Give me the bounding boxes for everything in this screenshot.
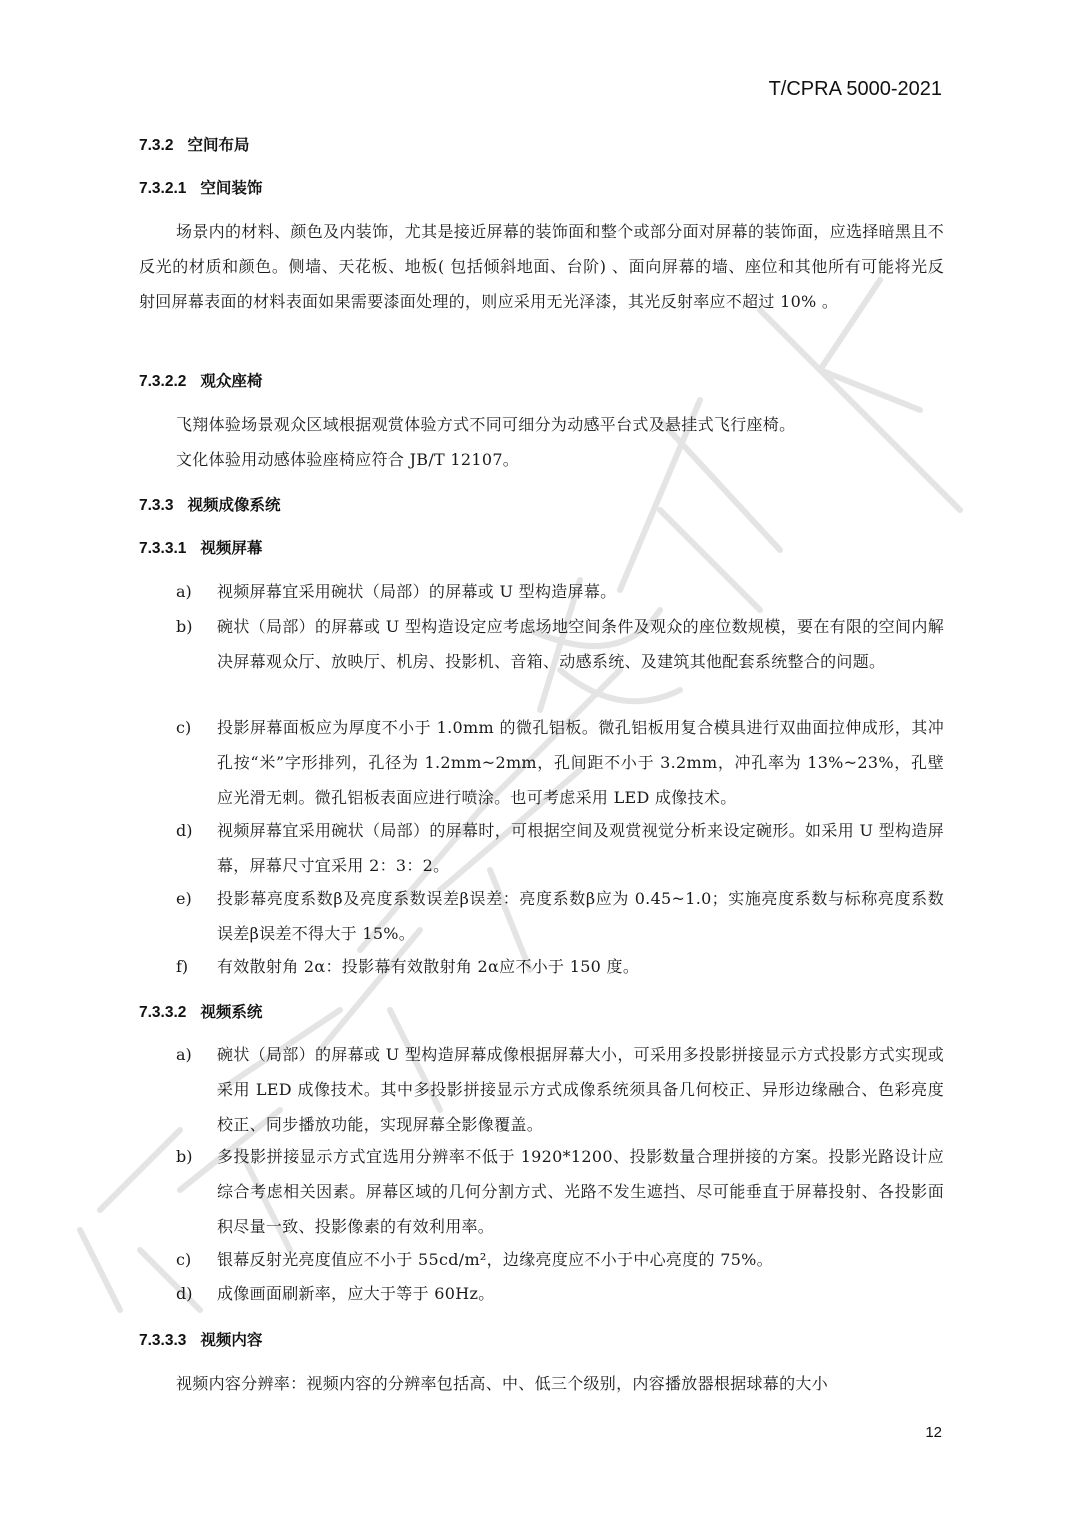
list-marker: c) (176, 710, 206, 745)
paragraph-seats-2: 文化体验用动感体验座椅应符合 JB/T 12107。 (139, 442, 944, 477)
list-item-text: 银幕反射光亮度值应不小于 55cd/m²，边缘亮度应不小于中心亮度的 75%。 (217, 1242, 944, 1277)
list-item: c) 银幕反射光亮度值应不小于 55cd/m²，边缘亮度应不小于中心亮度的 75… (176, 1242, 944, 1277)
heading-7-3-2: 7.3.2空间布局 (139, 133, 250, 155)
list-item-text: 视频屏幕宜采用碗状（局部）的屏幕时，可根据空间及观赏视觉分析来设定碗形。如采用 … (217, 813, 944, 883)
list-item-text: 多投影拼接显示方式宜选用分辨率不低于 1920*1200、投影数量合理拼接的方案… (217, 1139, 944, 1244)
heading-number: 7.3.2 (139, 137, 173, 155)
list-marker: d) (176, 1276, 206, 1311)
heading-title: 观众座椅 (200, 372, 262, 390)
standard-code: T/CPRA 5000-2021 (769, 78, 942, 101)
list-marker: b) (176, 609, 206, 644)
heading-7-3-3-1: 7.3.3.1视频屏幕 (139, 536, 262, 558)
heading-7-3-2-2: 7.3.2.2观众座椅 (139, 369, 262, 391)
document-page: T/CPRA 5000-2021 7.3.2空间布局 7.3.2.1空间装饰 场… (0, 0, 1080, 1528)
list-marker: d) (176, 813, 206, 848)
list-item: f) 有效散射角 2α：投影幕有效散射角 2α应不小于 150 度。 (176, 949, 944, 984)
list-marker: c) (176, 1242, 206, 1277)
list-item-text: 有效散射角 2α：投影幕有效散射角 2α应不小于 150 度。 (217, 949, 944, 984)
heading-title: 视频系统 (200, 1003, 262, 1021)
list-item-text: 投影幕亮度系数β及亮度系数误差β误差：亮度系数β应为 0.45~1.0；实施亮度… (217, 881, 944, 951)
paragraph-seats-1: 飞翔体验场景观众区域根据观赏体验方式不同可细分为动感平台式及悬挂式飞行座椅。 (139, 407, 944, 442)
heading-number: 7.3.2.2 (139, 373, 186, 391)
paragraph-video-content: 视频内容分辨率：视频内容的分辨率包括高、中、低三个级别，内容播放器根据球幕的大小 (139, 1366, 944, 1401)
heading-7-3-3-2: 7.3.3.2视频系统 (139, 1000, 262, 1022)
heading-title: 视频内容 (200, 1331, 262, 1349)
heading-number: 7.3.3.2 (139, 1004, 186, 1022)
heading-title: 视频屏幕 (200, 539, 262, 557)
heading-number: 7.3.3.3 (139, 1332, 186, 1350)
list-marker: f) (176, 949, 206, 984)
paragraph-space-decoration: 场景内的材料、颜色及内装饰，尤其是接近屏幕的装饰面和整个或部分面对屏幕的装饰面，… (139, 214, 944, 319)
heading-7-3-2-1: 7.3.2.1空间装饰 (139, 176, 262, 198)
list-item-text: 碗状（局部）的屏幕或 U 型构造设定应考虑场地空间条件及观众的座位数规模，要在有… (217, 609, 944, 679)
list-marker: e) (176, 881, 206, 916)
list-item: a) 视频屏幕宜采用碗状（局部）的屏幕或 U 型构造屏幕。 (176, 574, 944, 609)
heading-number: 7.3.3 (139, 497, 173, 515)
heading-title: 视频成像系统 (187, 496, 280, 514)
heading-number: 7.3.3.1 (139, 540, 186, 558)
list-item: d) 视频屏幕宜采用碗状（局部）的屏幕时，可根据空间及观赏视觉分析来设定碗形。如… (176, 813, 944, 883)
list-item-text: 碗状（局部）的屏幕或 U 型构造屏幕成像根据屏幕大小，可采用多投影拼接显示方式投… (217, 1037, 944, 1142)
page-number: 12 (925, 1424, 942, 1441)
list-marker: a) (176, 574, 206, 609)
list-item: d) 成像画面刷新率，应大于等于 60Hz。 (176, 1276, 944, 1311)
heading-title: 空间装饰 (200, 179, 262, 197)
heading-7-3-3-3: 7.3.3.3视频内容 (139, 1328, 262, 1350)
list-item-text: 视频屏幕宜采用碗状（局部）的屏幕或 U 型构造屏幕。 (217, 574, 944, 609)
heading-number: 7.3.2.1 (139, 180, 186, 198)
list-item: c) 投影屏幕面板应为厚度不小于 1.0mm 的微孔铝板。微孔铝板用复合模具进行… (176, 710, 944, 815)
list-item-text: 成像画面刷新率，应大于等于 60Hz。 (217, 1276, 944, 1311)
list-marker: b) (176, 1139, 206, 1174)
list-item-text: 投影屏幕面板应为厚度不小于 1.0mm 的微孔铝板。微孔铝板用复合模具进行双曲面… (217, 710, 944, 815)
list-item: b) 碗状（局部）的屏幕或 U 型构造设定应考虑场地空间条件及观众的座位数规模，… (176, 609, 944, 679)
list-marker: a) (176, 1037, 206, 1072)
list-item: b) 多投影拼接显示方式宜选用分辨率不低于 1920*1200、投影数量合理拼接… (176, 1139, 944, 1244)
heading-7-3-3: 7.3.3视频成像系统 (139, 493, 281, 515)
list-item: a) 碗状（局部）的屏幕或 U 型构造屏幕成像根据屏幕大小，可采用多投影拼接显示… (176, 1037, 944, 1142)
heading-title: 空间布局 (187, 136, 249, 154)
list-item: e) 投影幕亮度系数β及亮度系数误差β误差：亮度系数β应为 0.45~1.0；实… (176, 881, 944, 951)
